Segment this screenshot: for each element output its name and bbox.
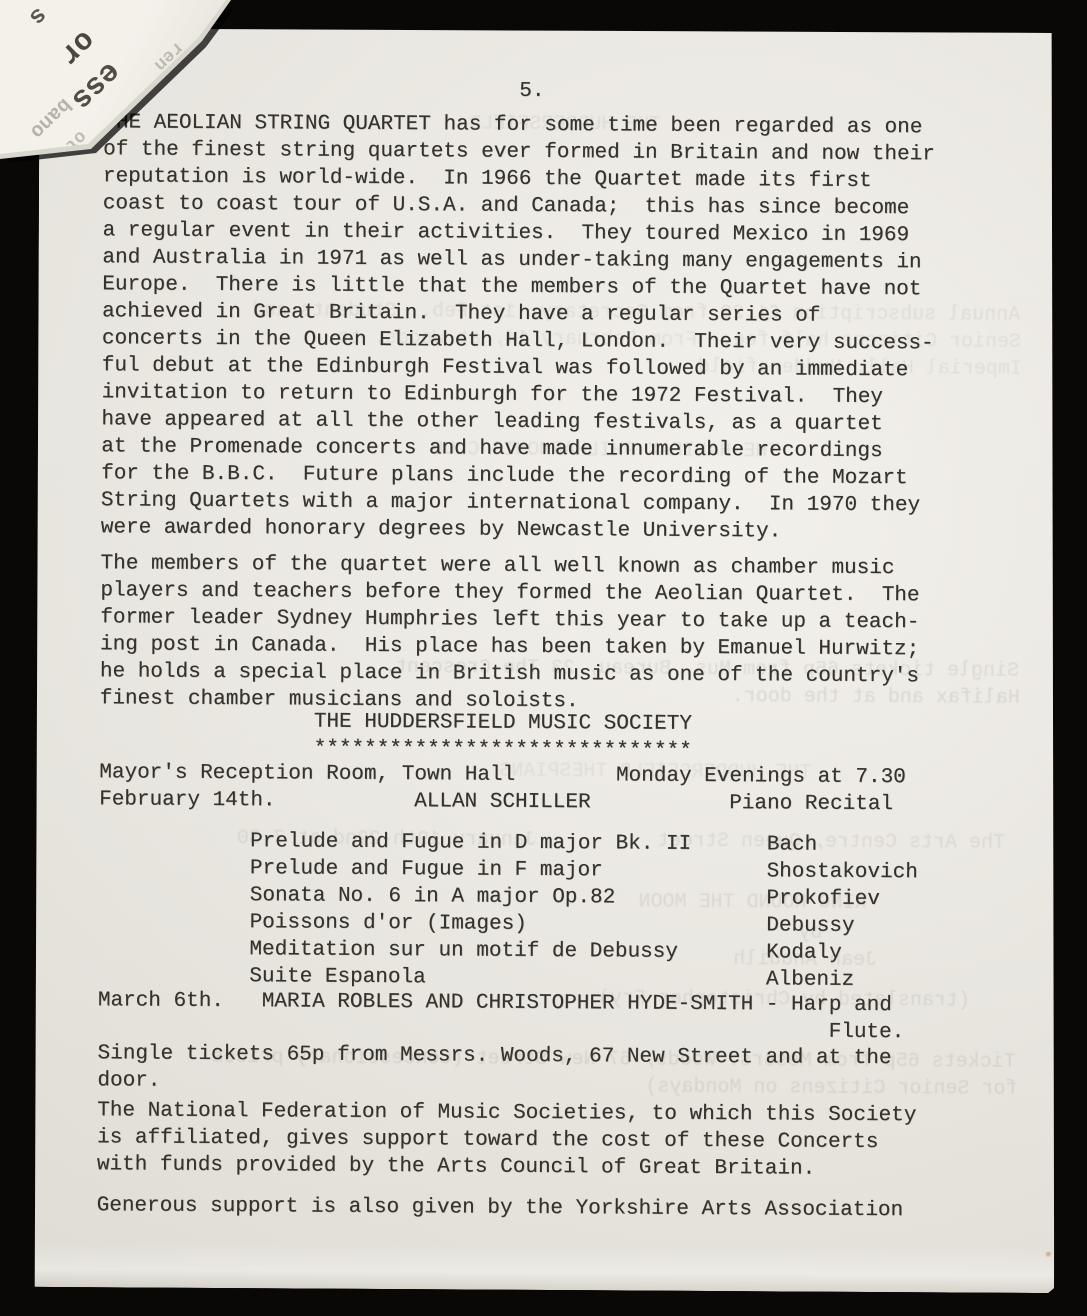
text-line: Single tickets 65p from Messrs. Woods, 6… — [97, 1040, 1027, 1073]
text-line: with funds provided by the Arts Council … — [97, 1151, 1027, 1184]
text-line: February 14th. ALLAN SCHILLER Piano Reci… — [99, 786, 1029, 819]
text-line: were awarded honorary degrees by Newcast… — [101, 514, 1031, 547]
scan-background: { "scan": { "background_color": "#0a0806… — [0, 0, 1087, 1316]
paper-page: 5.THE AEOLIAN STRING QUARTET has for som… — [32, 25, 1062, 1293]
typed-text-block: 5.THE AEOLIAN STRING QUARTET has for som… — [97, 75, 1034, 1225]
text-line: Generous support is also given by the Yo… — [97, 1192, 1027, 1225]
paper-stain — [1044, 1251, 1052, 1257]
flap-text-fragment: s — [23, 1, 52, 30]
text-line: 5. — [103, 75, 1033, 108]
text-line: door. — [97, 1067, 1027, 1100]
